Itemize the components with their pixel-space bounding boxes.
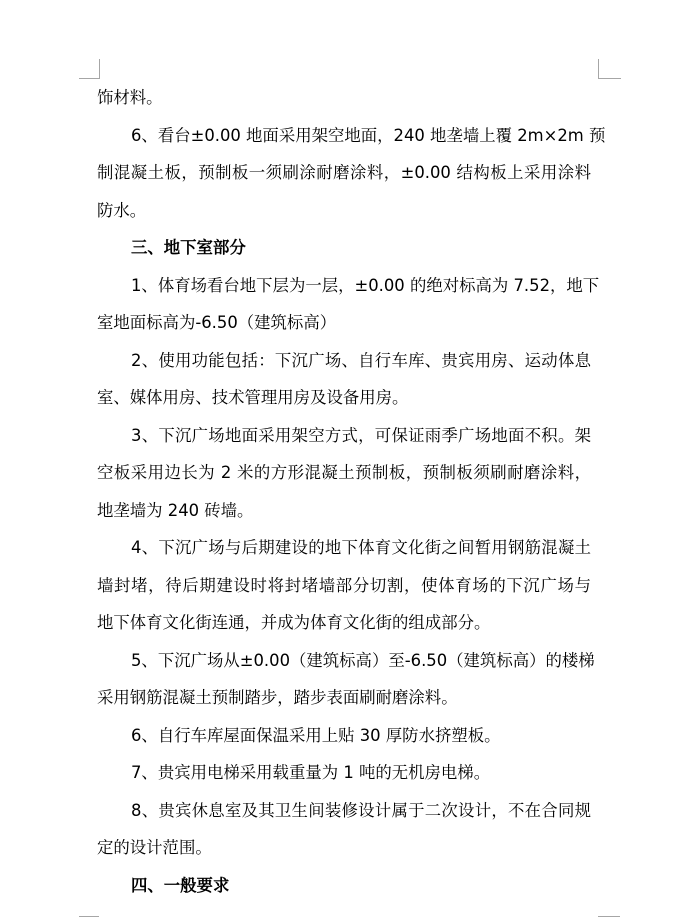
paragraph-line: 3、下沉广场地面采用架空方式，可保证雨季广场地面不积。架 bbox=[97, 417, 591, 455]
paragraph-line: 室、媒体用房、技术管理用房及设备用房。 bbox=[97, 379, 591, 417]
paragraph-line: 4、下沉广场与后期建设的地下体育文化街之间暂用钢筋混凝土 bbox=[97, 529, 591, 567]
document-page-body[interactable]: 饰材料。 6、看台±0.00 地面采用架空地面，240 地垄墙上覆 2m×2m … bbox=[97, 79, 591, 904]
paragraph-line: 定的设计范围。 bbox=[97, 829, 591, 867]
paragraph-line: 2、使用功能包括：下沉广场、自行车库、贵宾用房、运动体息 bbox=[97, 342, 591, 380]
paragraph-line: 地下体育文化街连通，并成为体育文化街的组成部分。 bbox=[97, 604, 591, 642]
page-corner-mark-bottom-right bbox=[598, 916, 620, 917]
section-heading: 三、地下室部分 bbox=[97, 229, 591, 267]
paragraph-line: 室地面标高为-6.50（建筑标高） bbox=[97, 304, 591, 342]
page-corner-mark-top-left bbox=[79, 59, 100, 79]
section-heading: 四、一般要求 bbox=[97, 867, 591, 905]
paragraph-line: 5、下沉广场从±0.00（建筑标高）至-6.50（建筑标高）的楼梯 bbox=[97, 642, 591, 680]
paragraph-line: 6、看台±0.00 地面采用架空地面，240 地垄墙上覆 2m×2m 预 bbox=[97, 117, 591, 155]
paragraph-line: 8、贵宾休息室及其卫生间装修设计属于二次设计，不在合同规 bbox=[97, 792, 591, 830]
paragraph-line: 制混凝土板，预制板一须刷涂耐磨涂料，±0.00 结构板上采用涂料 bbox=[97, 154, 591, 192]
paragraph-line: 1、体育场看台地下层为一层，±0.00 的绝对标高为 7.52，地下 bbox=[97, 267, 591, 305]
paragraph-line: 饰材料。 bbox=[97, 79, 591, 117]
paragraph-line: 墙封堵，待后期建设时将封堵墙部分切割，使体育场的下沉广场与 bbox=[97, 567, 591, 605]
paragraph-line: 空板采用边长为 2 米的方形混凝土预制板，预制板须刷耐磨涂料， bbox=[97, 454, 591, 492]
page-corner-mark-top-right bbox=[598, 59, 621, 79]
paragraph-line: 7、贵宾用电梯采用载重量为 1 吨的无机房电梯。 bbox=[97, 754, 591, 792]
paragraph-line: 防水。 bbox=[97, 192, 591, 230]
paragraph-line: 采用钢筋混凝土预制踏步，踏步表面刷耐磨涂料。 bbox=[97, 679, 591, 717]
paragraph-line: 6、自行车库屋面保温采用上贴 30 厚防水挤塑板。 bbox=[97, 717, 591, 755]
paragraph-line: 地垄墙为 240 砖墙。 bbox=[97, 492, 591, 530]
page-corner-mark-bottom-left bbox=[79, 916, 99, 917]
